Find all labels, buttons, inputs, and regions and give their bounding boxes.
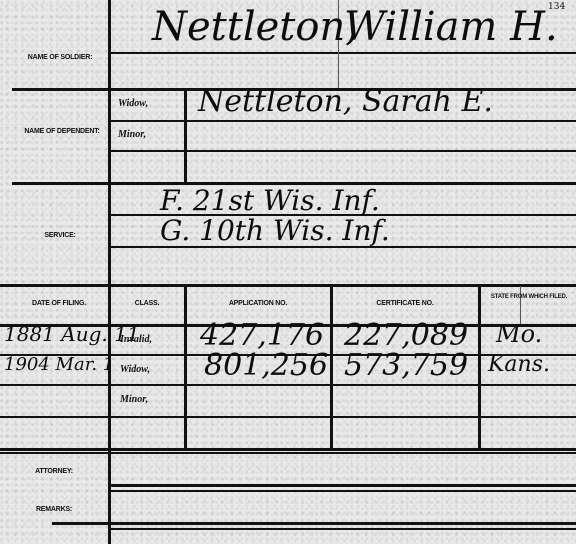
date-of-filing-header: Date of Filing. xyxy=(12,300,106,308)
service-label: Service: xyxy=(30,232,90,240)
service-section-bottom xyxy=(0,284,576,287)
certificate-no-header: Certificate No. xyxy=(334,300,476,308)
state-from-header: State from which filed. xyxy=(482,294,576,301)
name-of-dependent-label: Name of Dependent: xyxy=(22,128,102,136)
col-class-divider xyxy=(184,286,187,448)
col-cert-divider xyxy=(330,286,333,448)
attorney-line xyxy=(108,484,576,487)
widow-label: Widow, xyxy=(118,98,148,109)
corner-mark: 134 xyxy=(548,2,565,12)
class-header: Class. xyxy=(112,300,182,308)
minor-row-line xyxy=(111,150,576,152)
attorney-label: Attorney: xyxy=(14,468,94,476)
table-bottom xyxy=(0,448,576,451)
filing-2-certificate: 573,759 xyxy=(344,348,468,383)
service-entry-2: G. 10th Wis. Inf. xyxy=(160,214,390,247)
widow-row-line xyxy=(111,120,576,122)
remarks-line xyxy=(52,522,576,525)
filing-1-class: Invalid, xyxy=(120,334,152,345)
filing-row-3-line xyxy=(0,416,576,418)
filing-row-2-line xyxy=(0,384,576,386)
left-column-divider xyxy=(108,0,111,544)
table-bottom-double xyxy=(0,452,576,454)
col-state-divider xyxy=(478,286,481,448)
remarks-label: Remarks: xyxy=(14,506,94,514)
filing-3-class: Minor, xyxy=(120,394,148,405)
filing-2-class: Widow, xyxy=(120,364,150,375)
soldier-given-name: William H. xyxy=(344,4,558,50)
name-of-soldier-label: Name of Soldier: xyxy=(20,54,100,62)
widow-name: Nettleton, Sarah E. xyxy=(198,84,493,119)
dependent-type-divider xyxy=(184,90,187,182)
filing-2-application: 801,256 xyxy=(204,348,328,383)
filing-1-state: Mo. xyxy=(496,320,542,348)
attorney-line-double xyxy=(108,490,576,492)
minor-label: Minor, xyxy=(118,129,146,140)
application-no-header: Application No. xyxy=(188,300,328,308)
soldier-surname: Nettleton, xyxy=(152,4,358,50)
pension-index-card: Name of Soldier: Nettleton, William H. 1… xyxy=(0,0,576,544)
service-entry-1: F. 21st Wis. Inf. xyxy=(160,184,380,217)
remarks-line-double xyxy=(108,528,576,530)
filing-2-date: 1904 Mar. 1 xyxy=(4,354,114,375)
soldier-name-underline xyxy=(111,52,576,54)
filing-2-state: Kans. xyxy=(488,352,550,377)
